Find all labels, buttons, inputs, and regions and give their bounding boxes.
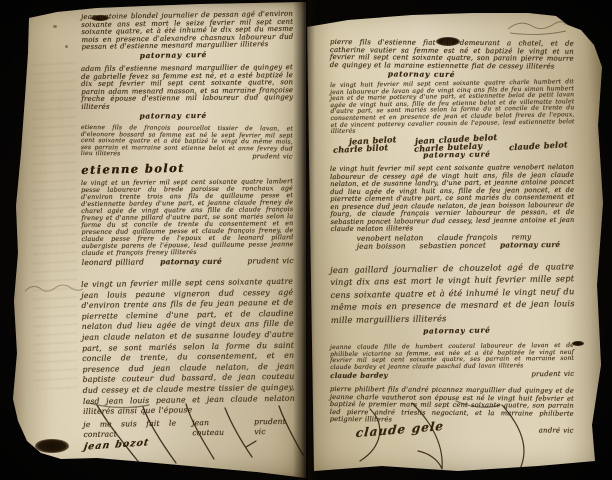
closing-patornay-cure: patornay curé [139, 110, 293, 119]
signature-name: charle bilot [333, 144, 389, 153]
entry-baptism-jeanne-claude: jeanne claude fille de humbert couteral … [330, 343, 574, 380]
entry-text: jean gaillard journalier de chouzelot ag… [330, 261, 575, 324]
entry-text: le vingt et un fevrier mil sept cent soi… [81, 177, 294, 257]
sig-prudent-vic: prudent vic [247, 257, 293, 264]
entry-baptism-etienne-pourcellot: etienne fils de françois pourcellot tiss… [81, 125, 293, 160]
left-page-surface: jean antoine blondel journalier de pessa… [5, 1, 306, 479]
entry-text: jeanne claude fille de humbert couteral … [330, 342, 574, 371]
section-heading-etienne-bolot: etienne bolot [81, 159, 293, 177]
closing-patornay-cure: patornay curé [160, 258, 222, 266]
entry-baptism-adam-mesnard: adam fils d'estienne mesnard marguillier… [81, 64, 293, 120]
left-page: jean antoine blondel journalier de pessa… [5, 1, 306, 479]
witness-names-row: jean boisson sebastien poncet patornay c… [357, 240, 575, 249]
entry-burial-blondel: jean antoine blondel journalier de pessa… [81, 11, 294, 61]
entry-baptism-pierre-fiat: pierre fils d'estienne fiat dit demeuran… [330, 39, 574, 80]
left-margin-bleedthrough [33, 59, 77, 389]
witness-name: leonard pilliard [82, 259, 144, 267]
witness-name: jean boisson [357, 242, 406, 250]
witness-name: claude françois [437, 233, 497, 241]
entry-burial-jean-gaillard: jean gaillard journalier de chouzelot ag… [330, 260, 575, 339]
witness-name: venobert nelaton [357, 233, 424, 241]
entry-text: le vingt un fevrier mille sept cens soix… [81, 277, 295, 416]
closing-patornay-cure: patornay curé [423, 323, 575, 338]
entry-text: jean antoine blondel journalier de pessa… [81, 10, 293, 52]
paper-speck [65, 45, 68, 48]
paper-speck [53, 25, 57, 28]
entry-text: adam fils d'estienne mesnard marguillier… [81, 63, 293, 111]
witness-name: sebastien poncet [420, 241, 486, 249]
entry-marriage-pesse-freney: le vingt et un fevrier mil sept cent soi… [81, 178, 294, 266]
sig-prudent-vic: prudent vic [531, 372, 574, 379]
closing-patornay-cure: patornay curé [500, 240, 560, 248]
entry-text: le vingt huit fevrier mil sept cent soix… [330, 162, 575, 232]
entry-text: le vingt huit fevrier mil sept cent soix… [330, 78, 575, 135]
right-page: 18 pierre fils d'estienne fiat dit demeu… [306, 3, 607, 478]
edge-stain [35, 439, 69, 453]
entry-text: pierre fils d'estienne fiat dit demeuran… [330, 38, 574, 70]
right-page-surface: 18 pierre fils d'estienne fiat dit demeu… [306, 3, 607, 478]
manuscript-scan: jean antoine blondel journalier de pessa… [0, 0, 612, 480]
signature-claude-bardey: claude bardey [330, 373, 387, 380]
signature-name: claude belot [509, 142, 568, 152]
pen-flourishes-left [83, 401, 305, 473]
witness-name: remy [512, 232, 532, 240]
entry-marriage-nelaton-poncet: le vingt huit fevrier mil sept cent soix… [330, 163, 575, 250]
entry-marriage-humbert-belot: le vingt huit fevrier mil sept cent soix… [330, 79, 575, 160]
folio-flourish [506, 19, 570, 35]
pen-flourishes-right [352, 399, 582, 475]
closing-patornay-cure: patornay curé [140, 50, 294, 60]
